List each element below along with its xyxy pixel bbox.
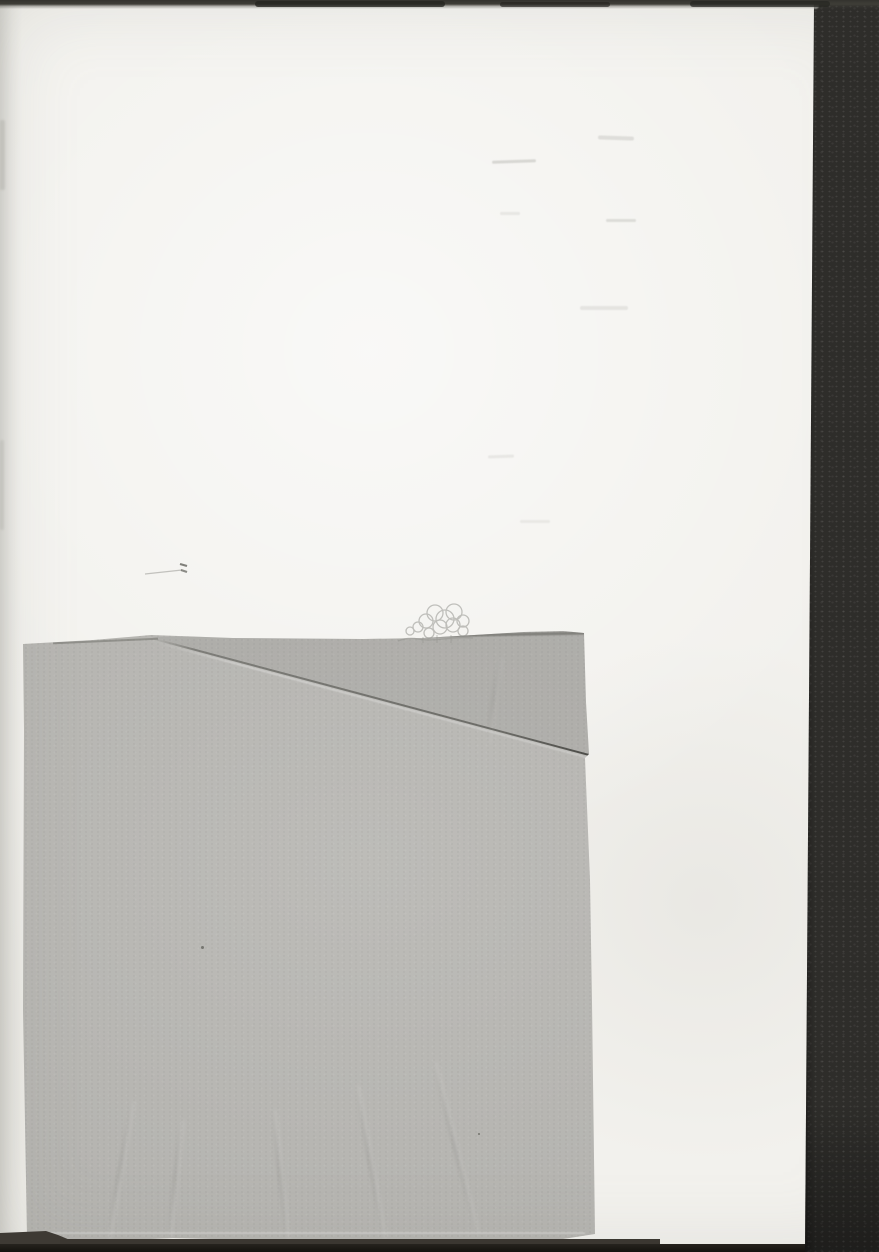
top-scan-edge bbox=[0, 0, 879, 9]
page-smudge bbox=[580, 306, 628, 310]
pocket-wrinkle bbox=[167, 1120, 183, 1240]
pocket-wrinkle bbox=[271, 1110, 288, 1240]
pencil-mark bbox=[140, 556, 202, 584]
page-smudge bbox=[488, 455, 514, 459]
pencil-doodle bbox=[393, 597, 485, 647]
top-edge-patch bbox=[500, 2, 610, 7]
top-edge-patch bbox=[255, 1, 445, 7]
bottom-scan-baseline bbox=[0, 1244, 879, 1252]
page-smudge bbox=[0, 120, 5, 190]
page-smudge bbox=[492, 159, 536, 164]
scanned-endpaper bbox=[0, 0, 879, 1252]
pocket-wrinkle bbox=[106, 1101, 133, 1239]
page-smudge bbox=[606, 219, 636, 222]
pocket-wrinkle bbox=[432, 1062, 477, 1233]
page-smudge bbox=[520, 520, 550, 523]
book-cover-right-edge bbox=[805, 4, 879, 1252]
page-smudge bbox=[598, 135, 634, 140]
pocket-top-edge-shadow bbox=[53, 638, 158, 645]
pocket-wrinkle bbox=[355, 1086, 385, 1239]
paper-speck bbox=[201, 946, 204, 949]
paper-pocket bbox=[23, 630, 596, 1242]
page-smudge bbox=[0, 440, 4, 530]
pocket-flap bbox=[23, 630, 596, 770]
top-edge-patch bbox=[690, 1, 830, 7]
paper-speck bbox=[478, 1133, 480, 1135]
page-smudge bbox=[500, 212, 520, 215]
pocket-bottom-edge-highlight bbox=[29, 1232, 585, 1234]
